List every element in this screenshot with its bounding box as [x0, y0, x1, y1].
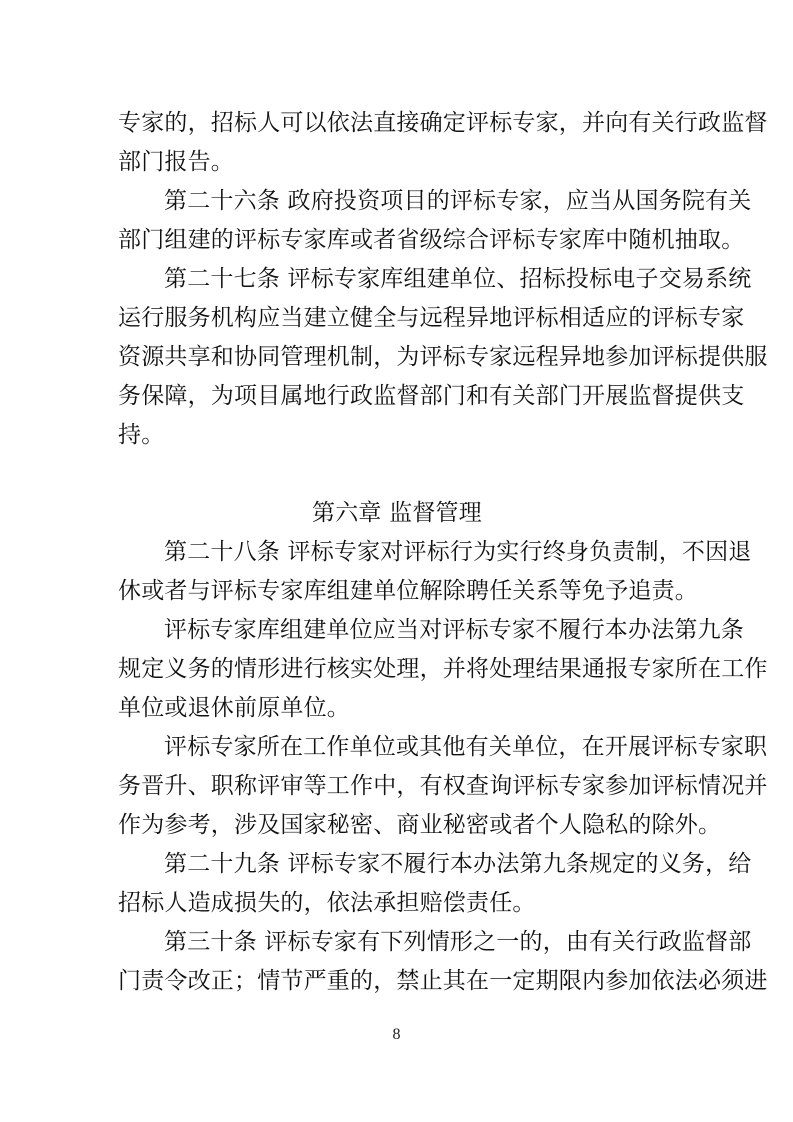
- text-line: 第二十八条 评标专家对评标行为实行终身负责制，不因退: [118, 533, 676, 572]
- text-line: 第二十九条 评标专家不履行本办法第九条规定的义务，给: [118, 845, 676, 884]
- text-line: 规定义务的情形进行核实处理，并将处理结果通报专家所在工作: [118, 650, 676, 689]
- text-line: 运行服务机构应当建立健全与远程异地评标相适应的评标专家: [118, 299, 676, 338]
- text-line: 第二十六条 政府投资项目的评标专家，应当从国务院有关: [118, 182, 676, 221]
- document-body: 专家的，招标人可以依法直接确定评标专家，并向有关行政监督部门报告。第二十六条 政…: [118, 104, 676, 1001]
- text-line: 评标专家库组建单位应当对评标专家不履行本办法第九条: [118, 611, 676, 650]
- text-line: 评标专家所在工作单位或其他有关单位，在开展评标专家职: [118, 728, 676, 767]
- text-line: 资源共享和协同管理机制，为评标专家远程异地参加评标提供服: [118, 338, 676, 377]
- text-line: 持。: [118, 416, 676, 455]
- chapter-heading: 第六章 监督管理: [118, 494, 676, 533]
- text-line: 招标人造成损失的，依法承担赔偿责任。: [118, 884, 676, 923]
- page-number: 8: [0, 1026, 793, 1044]
- text-line: 门责令改正；情节严重的，禁止其在一定期限内参加依法必须进: [118, 962, 676, 1001]
- text-line: 单位或退休前原单位。: [118, 689, 676, 728]
- document-page: 专家的，招标人可以依法直接确定评标专家，并向有关行政监督部门报告。第二十六条 政…: [0, 0, 793, 1122]
- text-line: 务晋升、职称评审等工作中，有权查询评标专家参加评标情况并: [118, 767, 676, 806]
- text-line: 专家的，招标人可以依法直接确定评标专家，并向有关行政监督: [118, 104, 676, 143]
- text-line: 部门组建的评标专家库或者省级综合评标专家库中随机抽取。: [118, 221, 676, 260]
- text-line: 作为参考，涉及国家秘密、商业秘密或者个人隐私的除外。: [118, 806, 676, 845]
- text-line: 务保障，为项目属地行政监督部门和有关部门开展监督提供支: [118, 377, 676, 416]
- blank-line: [118, 455, 676, 494]
- text-line: 部门报告。: [118, 143, 676, 182]
- text-line: 第二十七条 评标专家库组建单位、招标投标电子交易系统: [118, 260, 676, 299]
- text-line: 第三十条 评标专家有下列情形之一的，由有关行政监督部: [118, 923, 676, 962]
- text-line: 休或者与评标专家库组建单位解除聘任关系等免予追责。: [118, 572, 676, 611]
